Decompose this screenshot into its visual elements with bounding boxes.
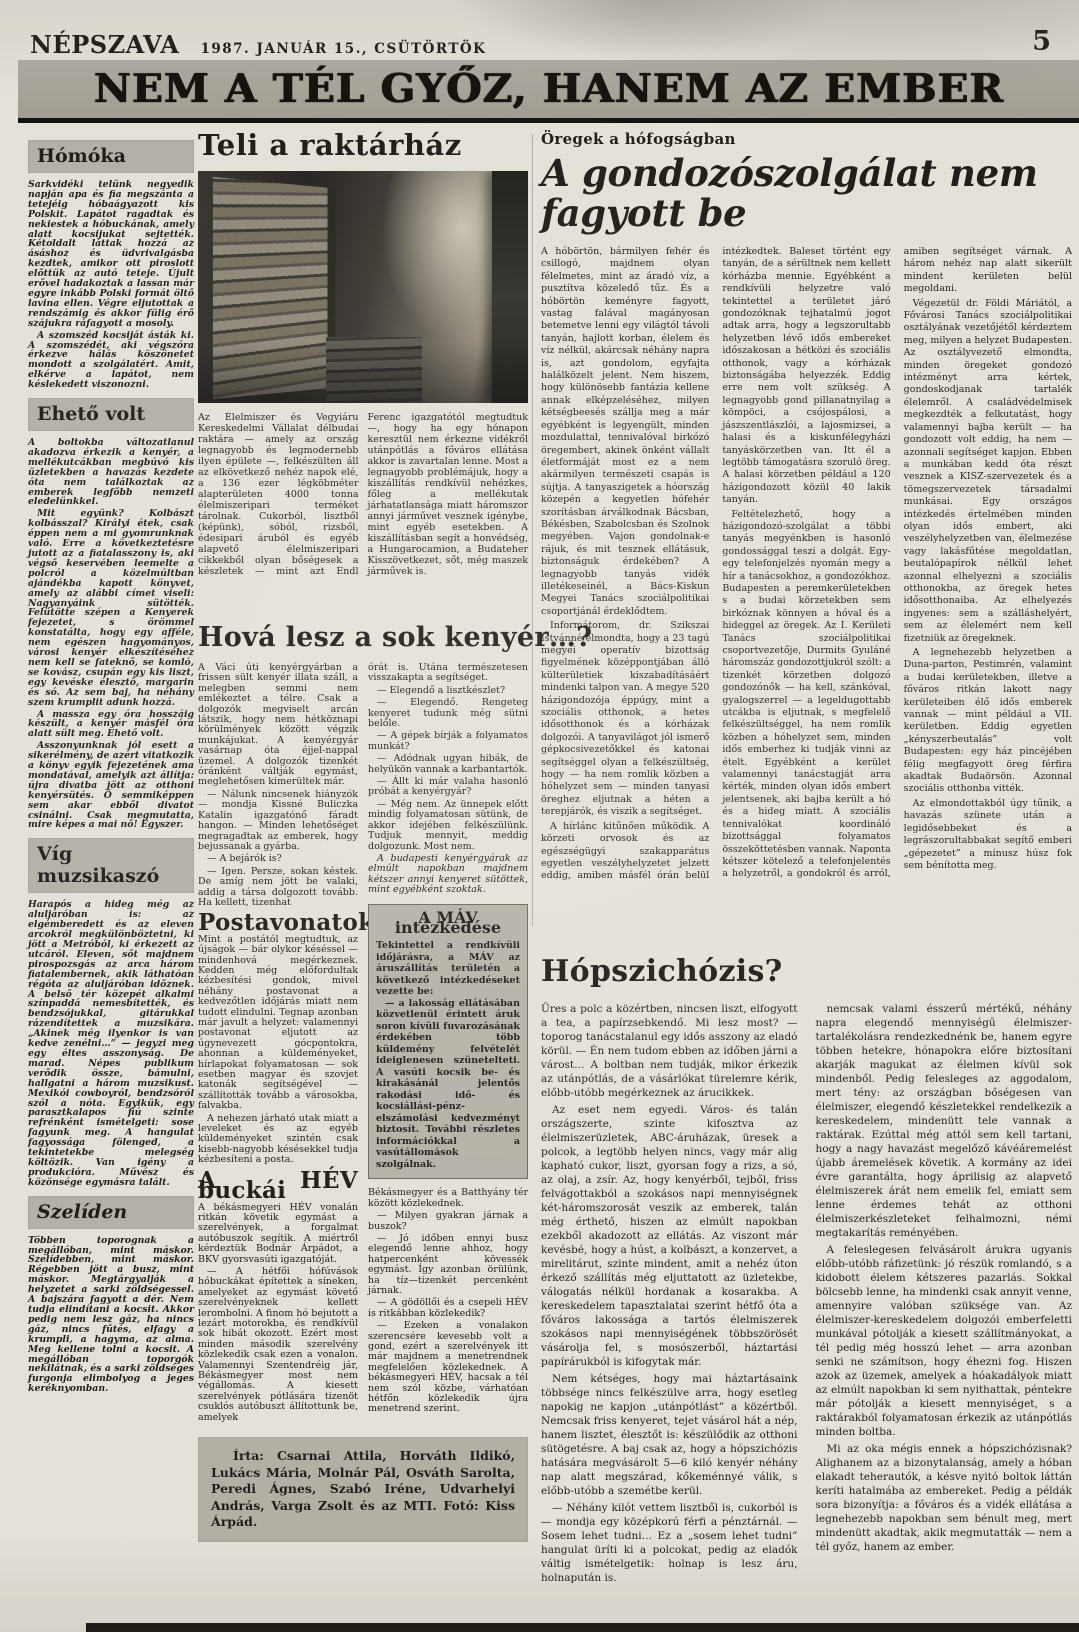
paragraph: — Elegendő. Rengeteg kenyeret tudunk még… bbox=[368, 698, 528, 729]
banner-headline: NEM A TÉL GYŐZ, HANEM AZ EMBER bbox=[93, 66, 1003, 112]
paragraph: — A hétfői hófúvások hóbuckákat építette… bbox=[198, 1267, 358, 1423]
photo-floor-shadow bbox=[198, 343, 528, 403]
right-column: Öregek a hófogságban A gondozószolgálat … bbox=[541, 130, 1072, 1620]
newspaper-page: NÉPSZAVA 1987. JANUÁR 15., CSÜTÖRTÖK 5 N… bbox=[0, 0, 1079, 1632]
left-column: Hómóka Sarkvidéki telünk negyedik napján… bbox=[28, 132, 194, 1396]
section-eheto-volt-text: A boltokba változatlanul akadozva érkezi… bbox=[28, 438, 194, 830]
article-raktarhaz-body: Az Élelmiszer és Vegyiáru Kereskedelmi V… bbox=[198, 412, 528, 618]
paragraph: A massza egy óra hosszáig készült, a ken… bbox=[28, 710, 194, 740]
section-vig-muzsikaszo-text: Harapós a hideg még az aluljáróban is: a… bbox=[28, 900, 194, 1187]
issue-date: 1987. JANUÁR 15., CSÜTÖRTÖK bbox=[200, 41, 486, 57]
paragraph: Többen toporognak a megállóban, mint más… bbox=[28, 1236, 194, 1395]
paragraph: — A gépek bírják a folyamatos munkát? bbox=[368, 731, 528, 752]
paragraph: — Nálunk nincsenek hiányzók — mondja Kis… bbox=[198, 790, 358, 852]
warehouse-photo bbox=[198, 171, 528, 403]
column-divider bbox=[532, 134, 533, 926]
paragraph: Békásmegyer és a Batthyány tér között kö… bbox=[368, 1188, 528, 1209]
masthead: NÉPSZAVA 1987. JANUÁR 15., CSÜTÖRTÖK 5 bbox=[30, 30, 1053, 58]
paragraph: Nem kétséges, hogy mai háztartásaink töb… bbox=[541, 1372, 798, 1498]
article-title-hev: A HÉV buckái bbox=[198, 1176, 358, 1197]
kicker-oregek: Öregek a hófogságban bbox=[541, 130, 1072, 148]
paragraph: Mint a postától megtudtuk, az újságok — … bbox=[198, 935, 358, 1112]
article-hopszichozis-body: Üres a polc a közértben, nincsen liszt, … bbox=[541, 1002, 1072, 1620]
paragraph: nemcsak valami ésszerű mértékű, néhány n… bbox=[816, 1002, 1073, 1240]
article-title-gondozoszolgalat: A gondozószolgálat nem fagyott be bbox=[541, 153, 1072, 233]
paragraph: Tekintettel a rendkívüli időjárásra, a M… bbox=[376, 940, 520, 998]
paragraph: — Állt ki már valaha hasonló próbát a ke… bbox=[368, 777, 528, 798]
kenyer-columns: A Váci úti kenyérgyárban a frissen sült … bbox=[198, 663, 528, 1425]
paragraph: Sarkvidéki telünk negyedik napján apa és… bbox=[28, 180, 194, 329]
paragraph: — Elegendő a lisztkészlet? bbox=[368, 686, 528, 696]
paragraph: A nehezen járható utak miatt a leveleket… bbox=[198, 1114, 358, 1166]
bottom-rule bbox=[86, 1623, 1079, 1632]
kenyer-col-left: A Váci úti kenyérgyárban a frissen sült … bbox=[198, 663, 358, 1425]
paragraph: A feleslegesen felvásárolt árukra ugyani… bbox=[816, 1243, 1073, 1439]
paragraph: Mit együnk? Kolbászt kolbásszal? Királyi… bbox=[28, 509, 194, 707]
paragraph: Végezetül dr. Földi Máriától, a Fővárosi… bbox=[904, 298, 1072, 645]
paragraph: — Milyen gyakran járnak a buszok? bbox=[368, 1211, 528, 1232]
paragraph: Az eset nem egyedi. Város- és talán orsz… bbox=[541, 1103, 798, 1369]
byline-credits: Írta: Csarnai Attila, Horváth Ildikó, Lu… bbox=[211, 1448, 515, 1531]
paper-name: NÉPSZAVA bbox=[30, 30, 179, 59]
paragraph: Informátorom, dr. Szikszai Istvánné elmo… bbox=[541, 620, 709, 819]
banner-headline-bar: NEM A TÉL GYŐZ, HANEM AZ EMBER bbox=[18, 60, 1079, 123]
kenyer-col-right: órát is. Utána természetesen visszakapta… bbox=[368, 663, 528, 1425]
mav-box-title: A MÁV intézkedése bbox=[376, 913, 520, 934]
section-szeliden-text: Többen toporognak a megállóban, mint más… bbox=[28, 1236, 194, 1395]
paragraph: — Néhány kilót vettem lisztből is, cukor… bbox=[541, 1501, 798, 1585]
article-gondozoszolgalat-body: A hóbörtön, bármilyen fehér és csillogó,… bbox=[541, 246, 1072, 938]
paragraph: órát is. Utána természetesen visszakapta… bbox=[368, 663, 528, 684]
paragraph: Az elmondottakból úgy tűnik, a havazás s… bbox=[904, 798, 1072, 872]
section-label-eheto-volt: Ehető volt bbox=[28, 398, 194, 431]
paragraph: Asszonyunknak jól esett a sikerélmény, d… bbox=[28, 741, 194, 830]
paragraph: A budapesti kenyérgyárak az elmúlt napok… bbox=[368, 854, 528, 896]
page-number: 5 bbox=[1032, 26, 1051, 57]
article-title-postavonatok: Postavonatok bbox=[198, 918, 358, 928]
paragraph: — A bejárók is? bbox=[198, 854, 358, 864]
mav-notice-box: A MÁV intézkedése Tekintettel a rendkívü… bbox=[368, 904, 528, 1180]
paragraph: A Váci úti kenyérgyárban a frissen sült … bbox=[198, 663, 358, 788]
paragraph: — Még nem. Az ünnepek előtt mindig folya… bbox=[368, 800, 528, 852]
article-title-kenyer: Hová lesz a sok kenyér…? bbox=[198, 622, 528, 653]
paragraph: A boltokba változatlanul akadozva érkezi… bbox=[28, 438, 194, 507]
article-title-raktarhaz: Teli a raktárház bbox=[198, 128, 528, 162]
paragraph: Mi az oka mégis ennek a hópszichózisnak?… bbox=[816, 1442, 1073, 1554]
paragraph: Harapós a hideg még az aluljáróban is: a… bbox=[28, 900, 194, 1187]
section-label-szeliden: Szelíden bbox=[28, 1196, 194, 1229]
paragraph: A legnehezebb helyzetben a Duna-parton, … bbox=[904, 647, 1072, 796]
byline-credits-box: Írta: Csarnai Attila, Horváth Ildikó, Lu… bbox=[198, 1437, 528, 1542]
section-label-homoka: Hómóka bbox=[28, 140, 194, 173]
article-title-hopszichozis: Hópszichózis? bbox=[541, 954, 1072, 989]
paragraph: — Ezeken a vonalakon szerencsére keveseb… bbox=[368, 1321, 528, 1415]
paragraph: — Igen. Persze, sokan késtek. De amíg ne… bbox=[198, 867, 358, 909]
paragraph: — Jó időben ennyi busz elegendő lenne ah… bbox=[368, 1234, 528, 1296]
paragraph: Üres a polc a közértben, nincsen liszt, … bbox=[541, 1002, 798, 1100]
paragraph: — Adódnak ugyan hibák, de helyükön vanna… bbox=[368, 754, 528, 775]
paragraph: A hóbörtön, bármilyen fehér és csillogó,… bbox=[541, 246, 709, 618]
paragraph: A szomszéd kocsiját ásták ki. A szomszéd… bbox=[28, 331, 194, 390]
section-label-vig-muzsikaszo: Víg muzsikaszó bbox=[28, 838, 194, 893]
paragraph: Az Élelmiszer és Vegyiáru Kereskedelmi V… bbox=[198, 412, 528, 577]
middle-column: Teli a raktárház Az Élelmiszer és Vegyiá… bbox=[198, 128, 528, 1542]
paragraph: — A gödöllői és a csepeli HÉV is ritkább… bbox=[368, 1298, 528, 1319]
section-homoka-text: Sarkvidéki telünk negyedik napján apa és… bbox=[28, 180, 194, 390]
paragraph: — a lakosság ellátásában közvetlenül éri… bbox=[376, 998, 520, 1171]
paragraph: A békásmegyeri HÉV vonalán ritkán követi… bbox=[198, 1203, 358, 1265]
